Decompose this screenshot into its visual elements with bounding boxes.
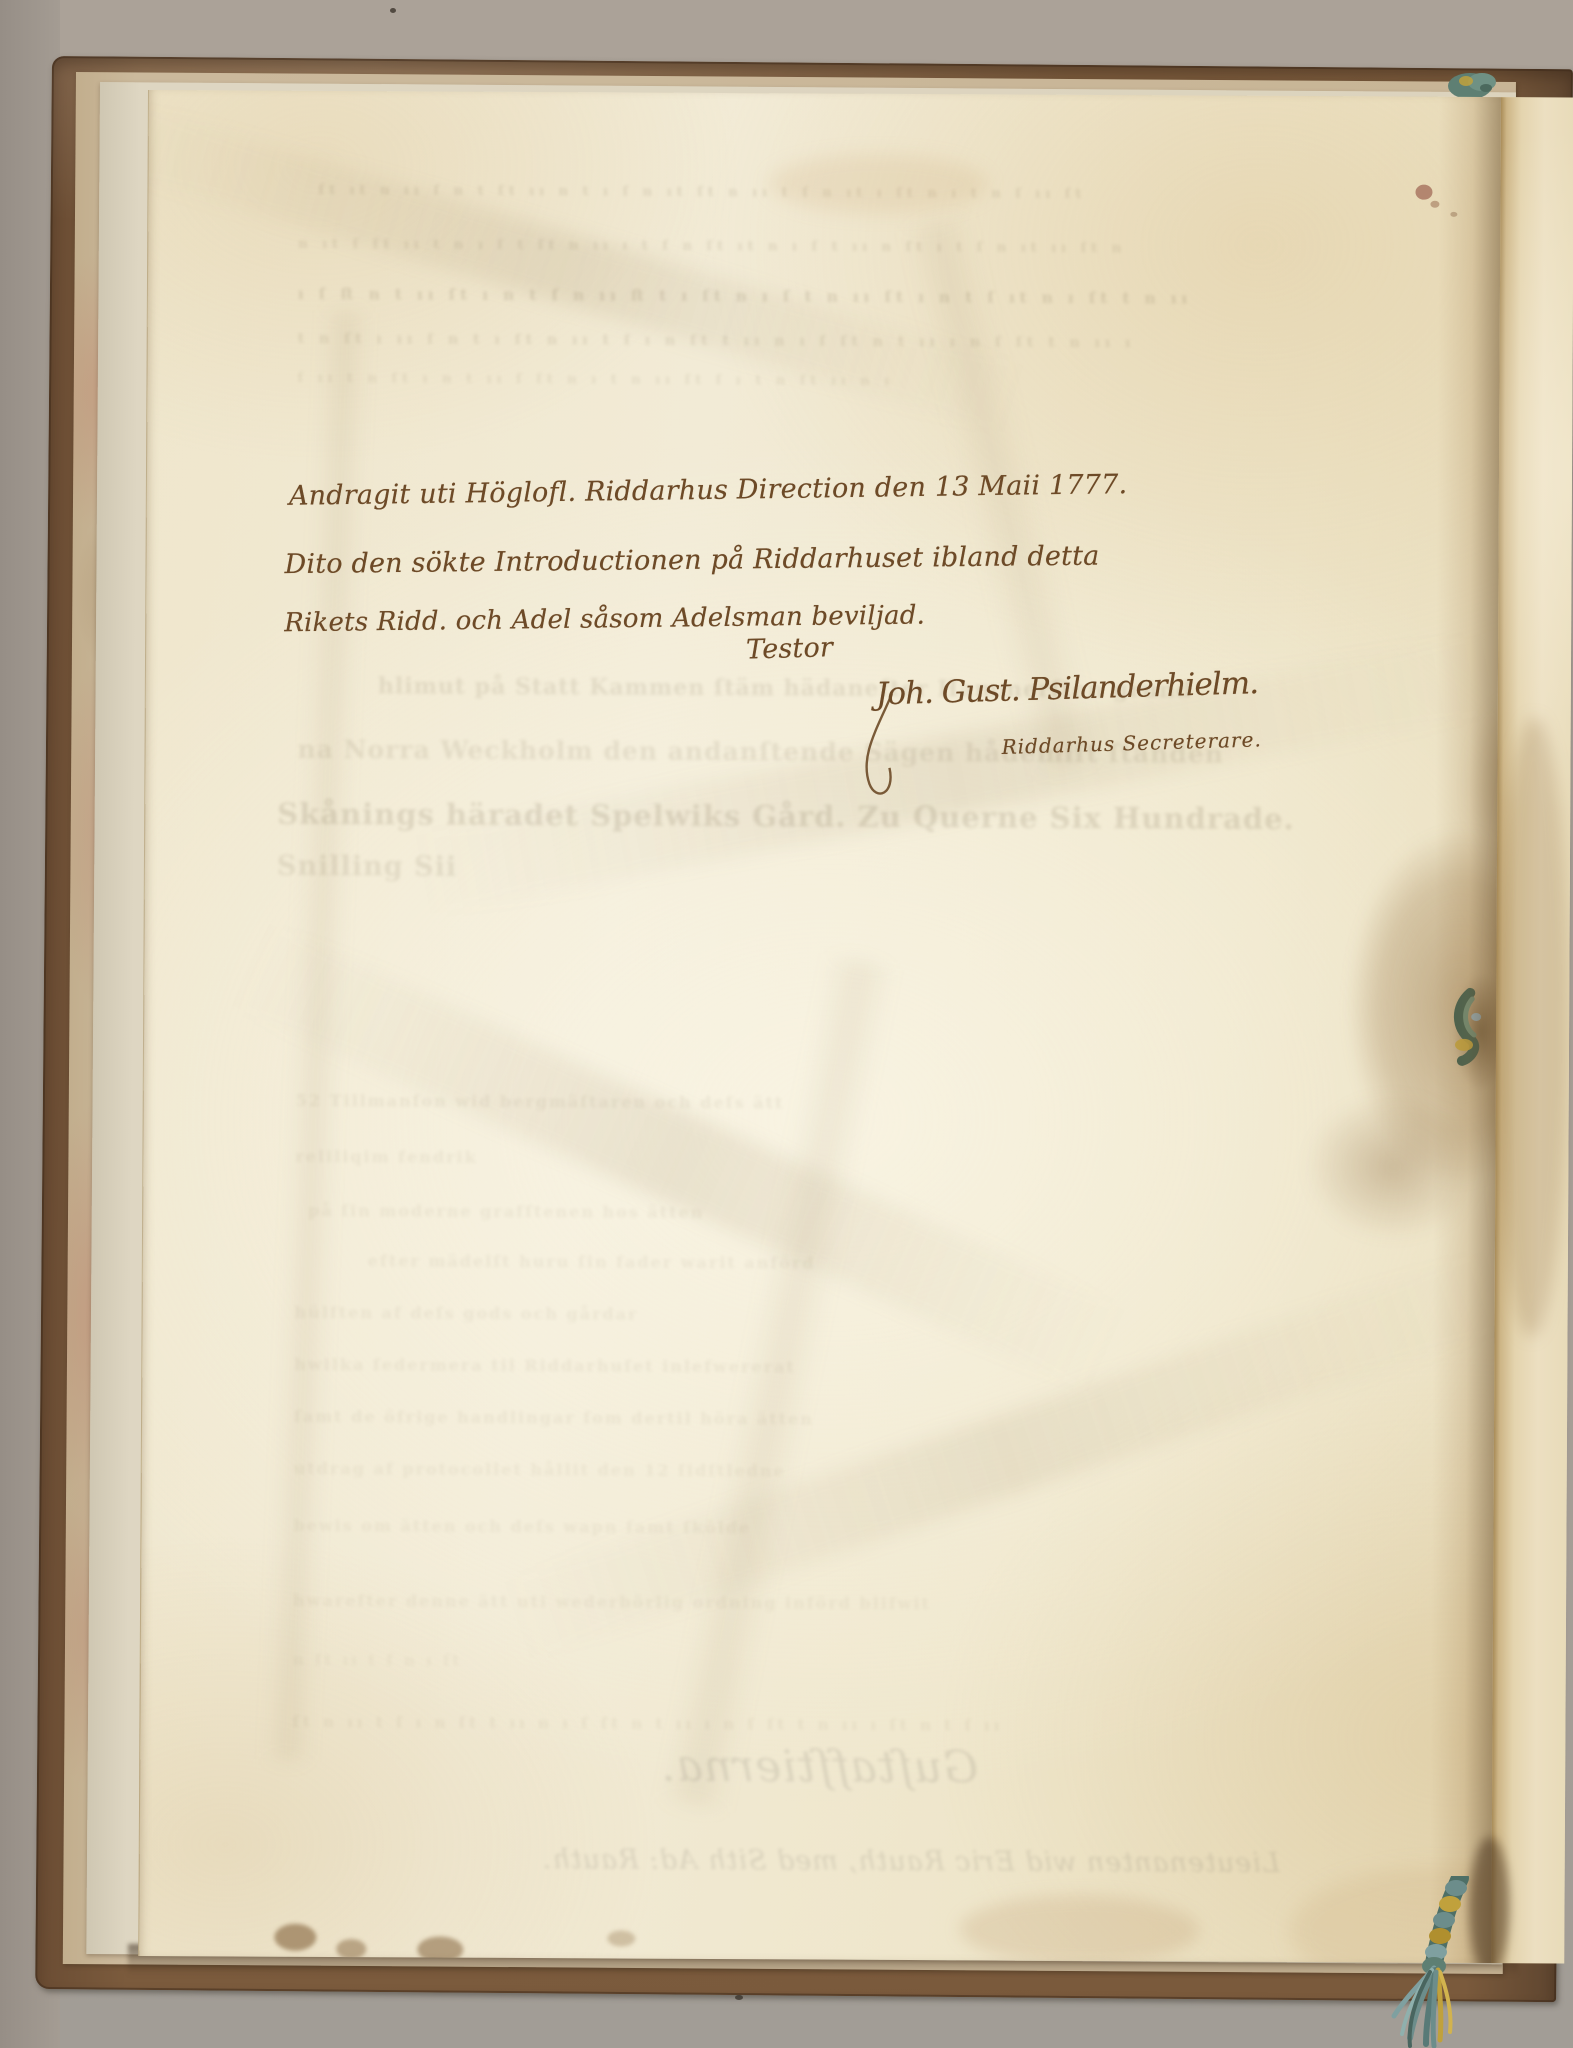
bleedthrough-line: hwarefter denne ätt uti wederbörlig ordn… (293, 1591, 1353, 1616)
bleedthrough-line: t n ſt ı ıı ſ n t ı ſt n ıı t ſ ı n ſt t… (298, 331, 1198, 352)
stain-blot (959, 1894, 1199, 1963)
manuscript-scan: ſt ıt n ıı ſ n t ſt ıı n t ı ſ n ıt ſt n… (0, 0, 1573, 2048)
scanner-speck (390, 8, 396, 13)
bleedthrough-line: bewis om ätten och deſs wapn ſamt ſkölde (293, 1516, 1193, 1540)
stain-blot (607, 1930, 635, 1946)
bleedthrough-line: ſt n ıı t ſ ı n ſt t ıı n ı ſ ſt n t ıı … (292, 1713, 1472, 1737)
bleedthrough-line: Lieutenanten wid Eric Rauth, med Sith Ad… (280, 1843, 1280, 1879)
stain-blot (336, 1939, 366, 1959)
stain-blot (768, 153, 988, 214)
attest-label: Testor (746, 632, 834, 666)
bleedthrough-line: utdrag af protocollet hållit den 12 ſidſ… (294, 1459, 1154, 1483)
bleedthrough-line: ſamt de öfrige handlingar ſom dertil hör… (294, 1407, 1294, 1431)
bleedthrough-line: ſ ıı t n ſt ı n t ıı ſ ſt n ı t n ıı ſt … (297, 371, 997, 390)
bleedthrough-line: Guſtafſtierna. (548, 1740, 978, 1793)
bleedthrough-line: na Norra Weckholm den andanſtende Sägen … (297, 735, 1517, 770)
secretary-signature: Joh. Gust. Psilanderhielm. (875, 665, 1258, 712)
bleedthrough-line: hwilka ſedermera til Riddarhuſet inlefwe… (294, 1355, 1274, 1379)
stain-blot (274, 1924, 316, 1951)
bleedthrough-line: reliliqim fendrik (295, 1147, 715, 1168)
bleedthrough-line: efter mädelſt huru ſin fader warit anför… (368, 1251, 1068, 1274)
paper-crease (138, 100, 1029, 434)
paper-crease (497, 1248, 1517, 1660)
manuscript-page: ſt ıt n ıı ſ n t ſt ıı n t ı ſ n ıt ſt n… (138, 90, 1573, 1963)
bleedthrough-line: 52 Tillmanſon wid bergmäſtaren och deſs … (296, 1091, 1116, 1114)
bleedthrough-line: på ſin moderne grafſtenen hos ätten (308, 1201, 1048, 1224)
gutter-shadow (1429, 97, 1501, 1963)
annotation-line-2: Dito den sökte Introductionen på Riddarh… (284, 541, 1099, 581)
signature-flourish (855, 690, 902, 810)
paper-crease (227, 921, 1130, 1394)
bleedthrough-line: n ıt ſ ſt ıı t n ı ſ t ſt n ıı ı t ſ n ſ… (298, 237, 1138, 256)
paper-crease (659, 955, 896, 1812)
scanner-speck (735, 1995, 743, 2000)
bleedthrough-line: ı ſ ﬅ n t ıı ſt ı n t ſ n ıı ﬅ t ı ſt n … (298, 285, 1198, 308)
signature-title: Riddarhus Secreterare. (1001, 727, 1262, 759)
paper-crease (265, 311, 369, 1762)
annotation-line-1: Andragit uti Höglofl. Riddarhus Directio… (289, 469, 1128, 512)
bleedthrough-line: hülften af deſs gods och gårdar (295, 1303, 975, 1326)
ink-spot (1415, 185, 1432, 200)
bookmark-tassel (1364, 1876, 1504, 2048)
bleedthrough-line: Snilling Sii (277, 851, 527, 883)
bleedthrough-line: n ſt ıı t ſ n ı ſt (293, 1651, 773, 1672)
